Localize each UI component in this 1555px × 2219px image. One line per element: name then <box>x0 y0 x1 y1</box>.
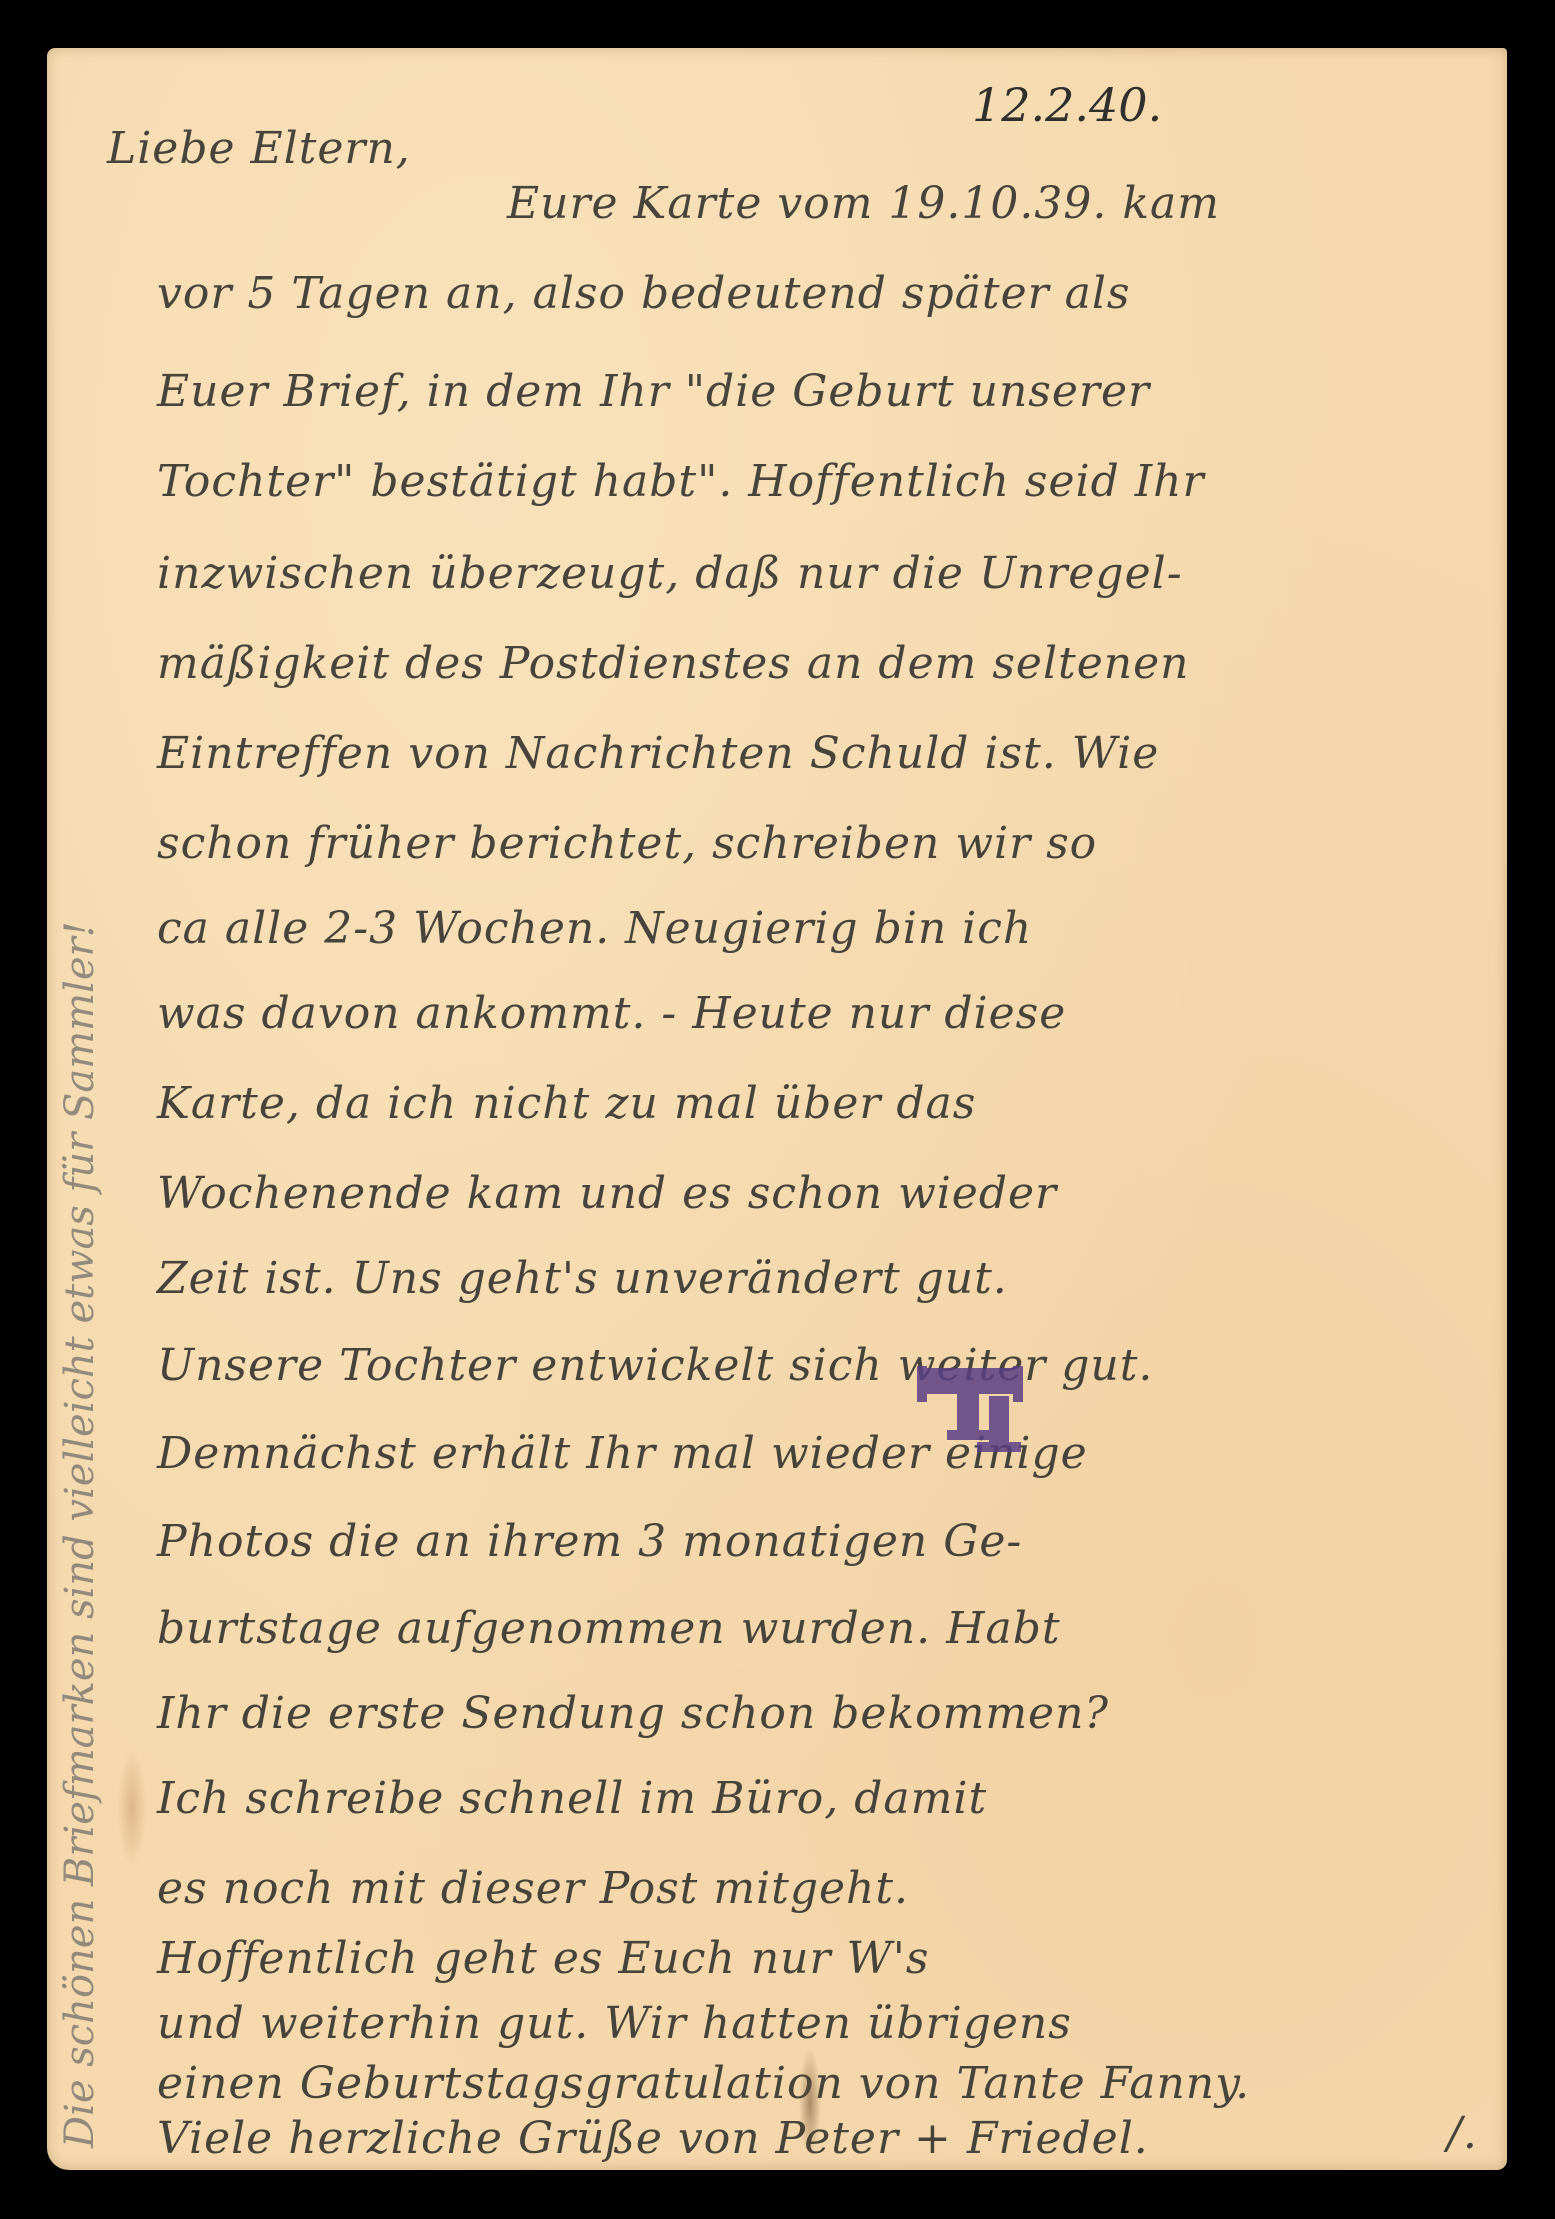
text-line: Eintreffen von Nachrichten Schuld ist. W… <box>157 728 1159 779</box>
text-line: Euer Brief, in dem Ihr "die Geburt unser… <box>157 366 1150 417</box>
text-line: ca alle 2-3 Wochen. Neugierig bin ich <box>157 903 1032 954</box>
ink-stain <box>799 2048 821 2158</box>
paper-spots <box>117 1748 147 1868</box>
text-line: Hoffentlich geht es Euch nur W's <box>157 1933 929 1984</box>
postcard-date: 12.2.40. <box>972 78 1162 132</box>
text-line: Eure Karte vom 19.10.39. kam <box>507 178 1220 229</box>
text-line: burtstage aufgenommen wurden. Habt <box>157 1603 1061 1654</box>
text-line: einen Geburtstagsgratulation von Tante F… <box>157 2058 1250 2109</box>
text-line: es noch mit dieser Post mitgeht. <box>157 1863 909 1914</box>
text-line: was davon ankommt. - Heute nur diese <box>157 988 1066 1039</box>
text-line: Wochenende kam und es schon wieder <box>157 1168 1057 1219</box>
postcard: 12.2.40. Liebe Eltern, Eure Karte vom 19… <box>47 48 1507 2170</box>
text-line: mäßigkeit des Postdienstes an dem selten… <box>157 638 1189 689</box>
text-line: Ihr die erste Sendung schon bekommen? <box>157 1688 1109 1739</box>
text-line: Ich schreibe schnell im Büro, damit <box>157 1773 987 1824</box>
text-line: Karte, da ich nicht zu mal über das <box>157 1078 976 1129</box>
censor-stamp-icon <box>917 1366 1027 1454</box>
text-line: inzwischen überzeugt, daß nur die Unrege… <box>157 548 1183 599</box>
text-line: schon früher berichtet, schreiben wir so <box>157 818 1097 869</box>
text-line: Tochter" bestätigt habt". Hoffentlich se… <box>157 456 1205 507</box>
text-line: Photos die an ihrem 3 monatigen Ge- <box>157 1516 1022 1567</box>
text-line: Zeit ist. Uns geht's unverändert gut. <box>157 1253 1008 1304</box>
margin-note: Die schönen Briefmarken sind vielleicht … <box>57 921 103 2148</box>
text-line: Viele herzliche Grüße von Peter + Friede… <box>157 2113 1149 2164</box>
text-line: vor 5 Tagen an, also bedeutend später al… <box>157 268 1131 319</box>
signature-mark: /. <box>1447 2108 1478 2159</box>
text-line: und weiterhin gut. Wir hatten übrigens <box>157 1998 1072 2049</box>
greeting: Liebe Eltern, <box>107 123 411 174</box>
